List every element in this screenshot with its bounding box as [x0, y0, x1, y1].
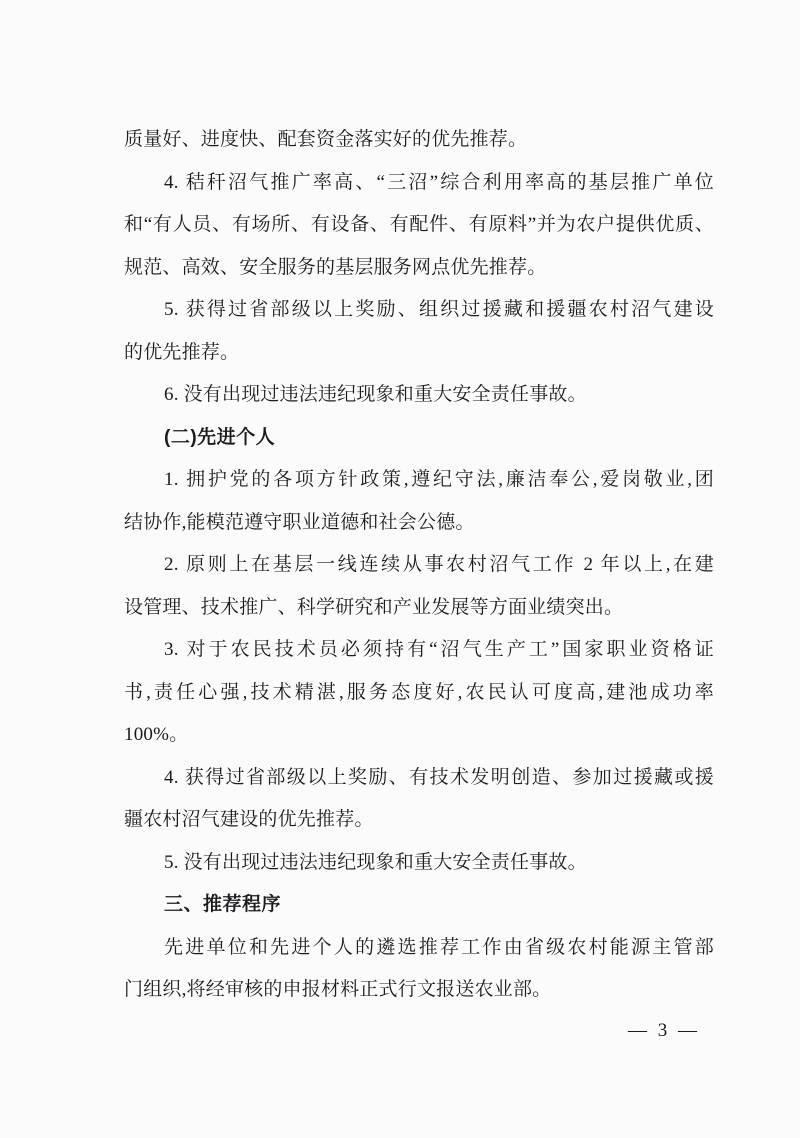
body-line: 质量好、进度快、配套资金落实好的优先推荐。: [124, 119, 714, 162]
body-line: 4. 秸秆沼气推广率高、“三沼”综合利用率高的基层推广单位: [124, 162, 714, 205]
body-line: 书,责任心强,技术精湛,服务态度好,农民认可度高,建池成功率: [124, 672, 714, 715]
body-line: 门组织,将经审核的申报材料正式行文报送农业部。: [124, 969, 714, 1012]
body-line: 先进单位和先进个人的遴选推荐工作由省级农村能源主管部: [124, 927, 714, 970]
body-line: 5. 没有出现过违法违纪现象和重大安全责任事故。: [124, 842, 714, 885]
body-line: 的优先推荐。: [124, 332, 714, 375]
body-line: 设管理、技术推广、科学研究和产业发展等方面业绩突出。: [124, 587, 714, 630]
body-line: 6. 没有出现过违法违纪现象和重大安全责任事故。: [124, 374, 714, 417]
body-line: 和“有人员、有场所、有设备、有配件、有原料”并为农户提供优质、: [124, 204, 714, 247]
document-body: 质量好、进度快、配套资金落实好的优先推荐。4. 秸秆沼气推广率高、“三沼”综合利…: [124, 119, 714, 1012]
body-line: 规范、高效、安全服务的基层服务网点优先推荐。: [124, 247, 714, 290]
body-line: 100%。: [124, 714, 714, 757]
body-line: 3. 对于农民技术员必须持有“沼气生产工”国家职业资格证: [124, 629, 714, 672]
section-heading: 三、推荐程序: [124, 884, 714, 927]
document-page: 质量好、进度快、配套资金落实好的优先推荐。4. 秸秆沼气推广率高、“三沼”综合利…: [0, 0, 800, 1138]
section-heading: (二)先进个人: [124, 417, 714, 460]
body-line: 结协作,能模范遵守职业道德和社会公德。: [124, 502, 714, 545]
body-line: 2. 原则上在基层一线连续从事农村沼气工作 2 年以上,在建: [124, 544, 714, 587]
page-number: — 3 —: [628, 1014, 700, 1048]
body-line: 4. 获得过省部级以上奖励、有技术发明创造、参加过援藏或援: [124, 757, 714, 800]
body-line: 疆农村沼气建设的优先推荐。: [124, 799, 714, 842]
body-line: 5. 获得过省部级以上奖励、组织过援藏和援疆农村沼气建设: [124, 289, 714, 332]
body-line: 1. 拥护党的各项方针政策,遵纪守法,廉洁奉公,爱岗敬业,团: [124, 459, 714, 502]
